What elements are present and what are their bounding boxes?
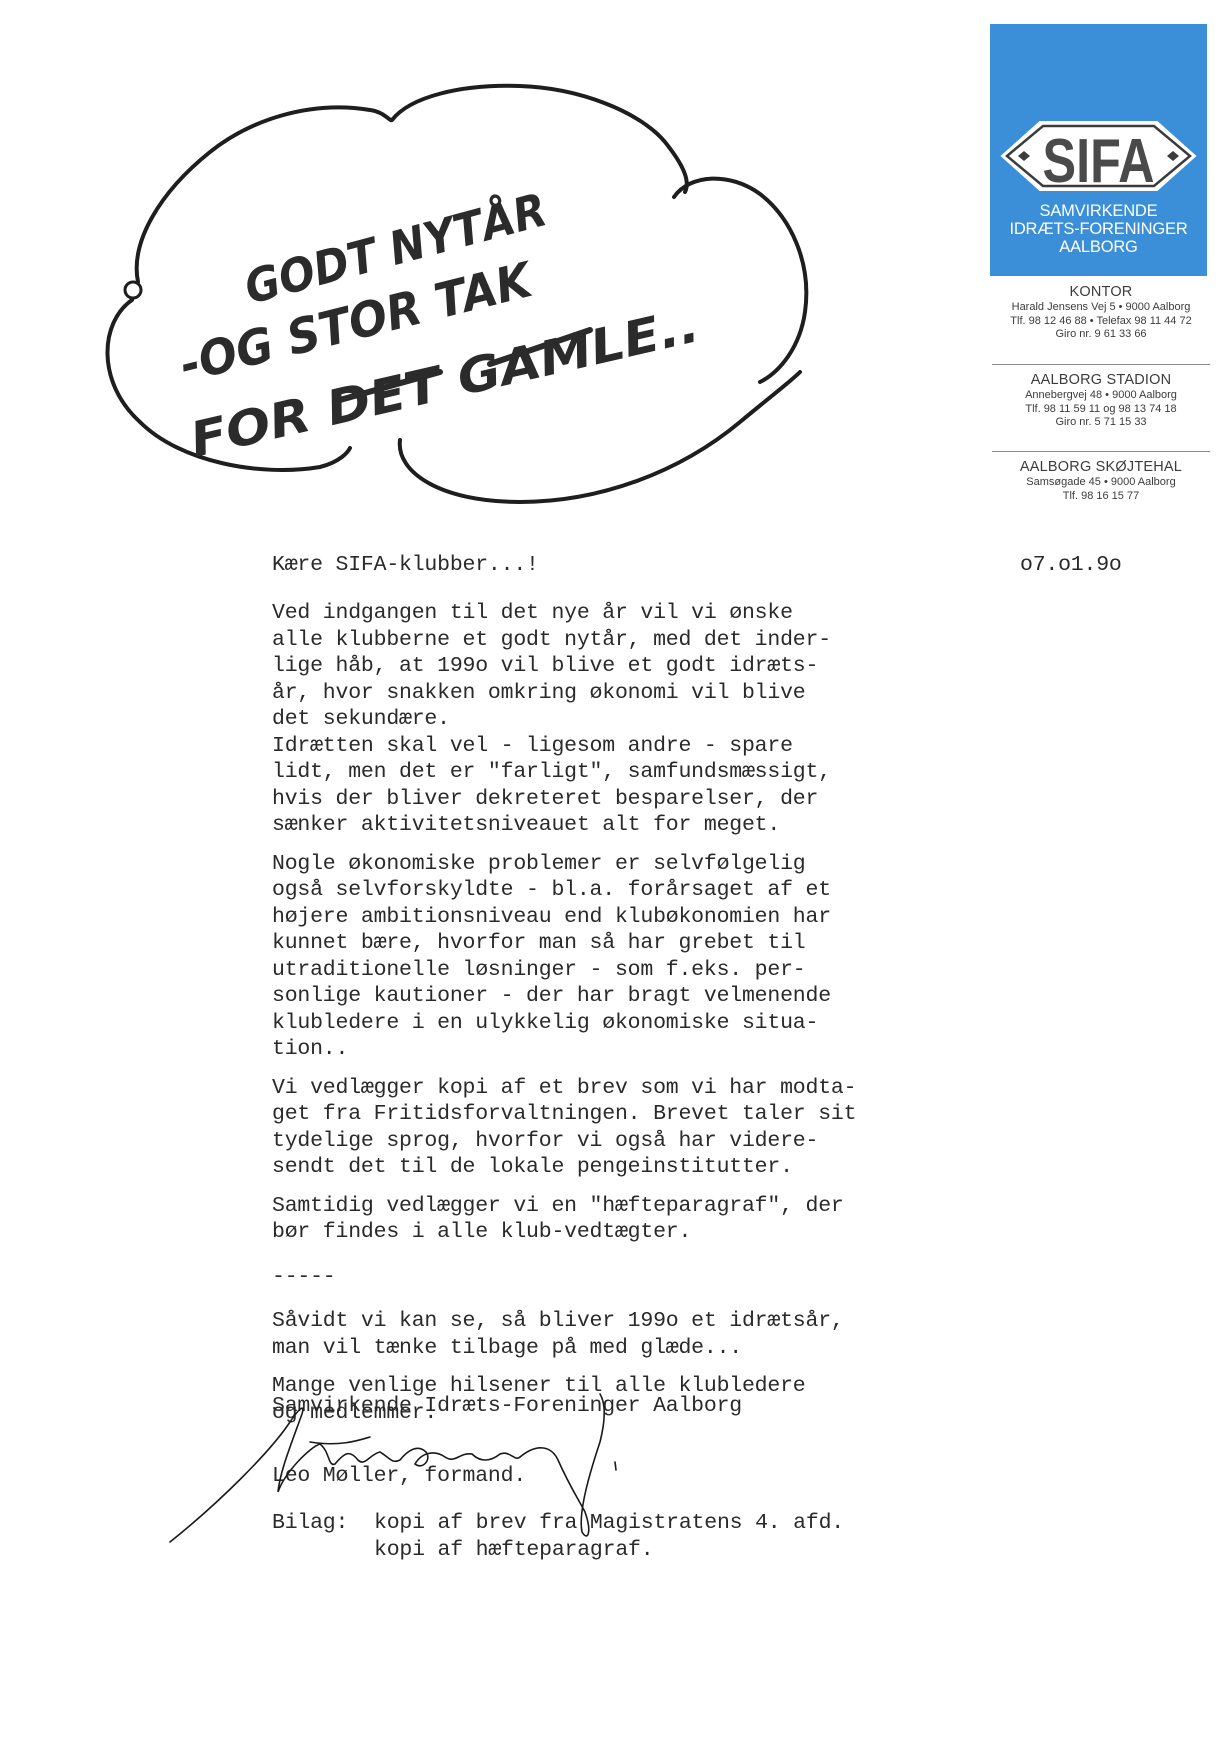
text-line: utraditionelle løsninger - som f.eks. pe… xyxy=(272,957,831,984)
contact-heading: AALBORG STADION xyxy=(992,372,1210,389)
salutation: Kære SIFA-klubber...! xyxy=(272,552,539,579)
paragraph: Såvidt vi kan se, så bliver 199o et idræ… xyxy=(272,1308,844,1361)
text-line: sonlige kautioner - der har bragt velmen… xyxy=(272,983,831,1010)
text-line: man vil tænke tilbage på med glæde... xyxy=(272,1335,844,1362)
sifa-logo-box: SIFA SAMVIRKENDE IDRÆTS-FORENINGER AALBO… xyxy=(990,24,1207,276)
text-line: lidt, men det er "farligt", samfundsmæss… xyxy=(272,759,831,786)
text-line: ----- xyxy=(272,1264,336,1291)
signature-dot xyxy=(615,1462,616,1470)
text-line: Ved indgangen til det nye år vil vi ønsk… xyxy=(272,600,831,627)
contact-giro: Giro nr. 9 61 33 66 xyxy=(992,328,1210,342)
signature-stroke xyxy=(520,1394,604,1536)
text-line: Idrætten skal vel - ligesom andre - spar… xyxy=(272,733,831,760)
text-line: tydelige sprog, hvorfor vi også har vide… xyxy=(272,1128,856,1155)
contact-address: Annebergvej 48 • 9000 Aalborg xyxy=(992,389,1210,403)
letter-date: o7.o1.9o xyxy=(1020,552,1122,579)
contact-phone: Tlf. 98 12 46 88 • Telefax 98 11 44 72 xyxy=(992,315,1210,329)
contact-giro: Giro nr. 5 71 15 33 xyxy=(992,416,1210,430)
text-line: sænker aktivitetsniveauet alt for meget. xyxy=(272,812,831,839)
sifa-logo-emblem-icon: SIFA xyxy=(1000,116,1197,196)
text-line: Nogle økonomiske problemer er selvfølgel… xyxy=(272,851,831,878)
text-line: tion.. xyxy=(272,1036,831,1063)
contact-heading: AALBORG SKØJTEHAL xyxy=(992,459,1210,476)
org-name: SAMVIRKENDE IDRÆTS-FORENINGER AALBORG xyxy=(990,202,1207,256)
contact-stadion: AALBORG STADION Annebergvej 48 • 9000 Aa… xyxy=(992,372,1210,430)
divider xyxy=(992,451,1210,452)
cloud-loop xyxy=(125,282,141,298)
text-line: Vi vedlægger kopi af et brev som vi har … xyxy=(272,1075,856,1102)
paragraph: Vi vedlægger kopi af et brev som vi har … xyxy=(272,1075,856,1181)
contact-kontor: KONTOR Harald Jensens Vej 5 • 9000 Aalbo… xyxy=(992,284,1210,342)
text-line: højere ambitionsniveau end klubøkonomien… xyxy=(272,904,831,931)
text-line: get fra Fritidsforvaltningen. Brevet tal… xyxy=(272,1101,856,1128)
text-line: år, hvor snakken omkring økonomi vil bli… xyxy=(272,680,831,707)
divider xyxy=(992,364,1210,365)
text-line: lige håb, at 199o vil blive et godt idræ… xyxy=(272,653,831,680)
separator: ----- xyxy=(272,1264,336,1291)
org-name-line: SAMVIRKENDE xyxy=(990,202,1207,220)
text-line: alle klubberne et godt nytår, med det in… xyxy=(272,627,831,654)
text-line: bør findes i alle klub-vedtægter. xyxy=(272,1219,844,1246)
contact-address: Samsøgade 45 • 9000 Aalborg xyxy=(992,476,1210,490)
signature-stroke xyxy=(170,1408,520,1542)
paragraph: Samtidig vedlægger vi en "hæfteparagraf"… xyxy=(272,1193,844,1246)
text-line: Såvidt vi kan se, så bliver 199o et idræ… xyxy=(272,1308,844,1335)
text-line: kunnet bære, hvorfor man så har grebet t… xyxy=(272,930,831,957)
paragraph: Nogle økonomiske problemer er selvfølgel… xyxy=(272,851,831,1063)
text-line: det sekundære. xyxy=(272,706,831,733)
paragraph: Ved indgangen til det nye år vil vi ønsk… xyxy=(272,600,831,839)
contact-phone: Tlf. 98 11 59 11 og 98 13 74 18 xyxy=(992,403,1210,417)
text-line: også selvforskyldte - bl.a. forårsaget a… xyxy=(272,877,831,904)
text-line: Samtidig vedlægger vi en "hæfteparagraf"… xyxy=(272,1193,844,1220)
signature-scribble xyxy=(160,1392,720,1552)
text-line: hvis der bliver dekreteret besparelser, … xyxy=(272,786,831,813)
org-name-line: IDRÆTS-FORENINGER xyxy=(990,220,1207,238)
contact-phone: Tlf. 98 16 15 77 xyxy=(992,490,1210,504)
org-name-line: AALBORG xyxy=(990,238,1207,256)
contact-address: Harald Jensens Vej 5 • 9000 Aalborg xyxy=(992,301,1210,315)
signature-stroke xyxy=(310,1437,370,1444)
contact-heading: KONTOR xyxy=(992,284,1210,301)
contact-skojtehal: AALBORG SKØJTEHAL Samsøgade 45 • 9000 Aa… xyxy=(992,459,1210,503)
text-line: klubledere i en ulykkelig økonomiske sit… xyxy=(272,1010,831,1037)
text-line: sendt det til de lokale pengeinstitutter… xyxy=(272,1154,856,1181)
svg-text:SIFA: SIFA xyxy=(1043,127,1155,196)
handwritten-cloud: GODT NYTÅR -OG STOR TAK FOR DET GAMLE.. xyxy=(100,82,810,542)
